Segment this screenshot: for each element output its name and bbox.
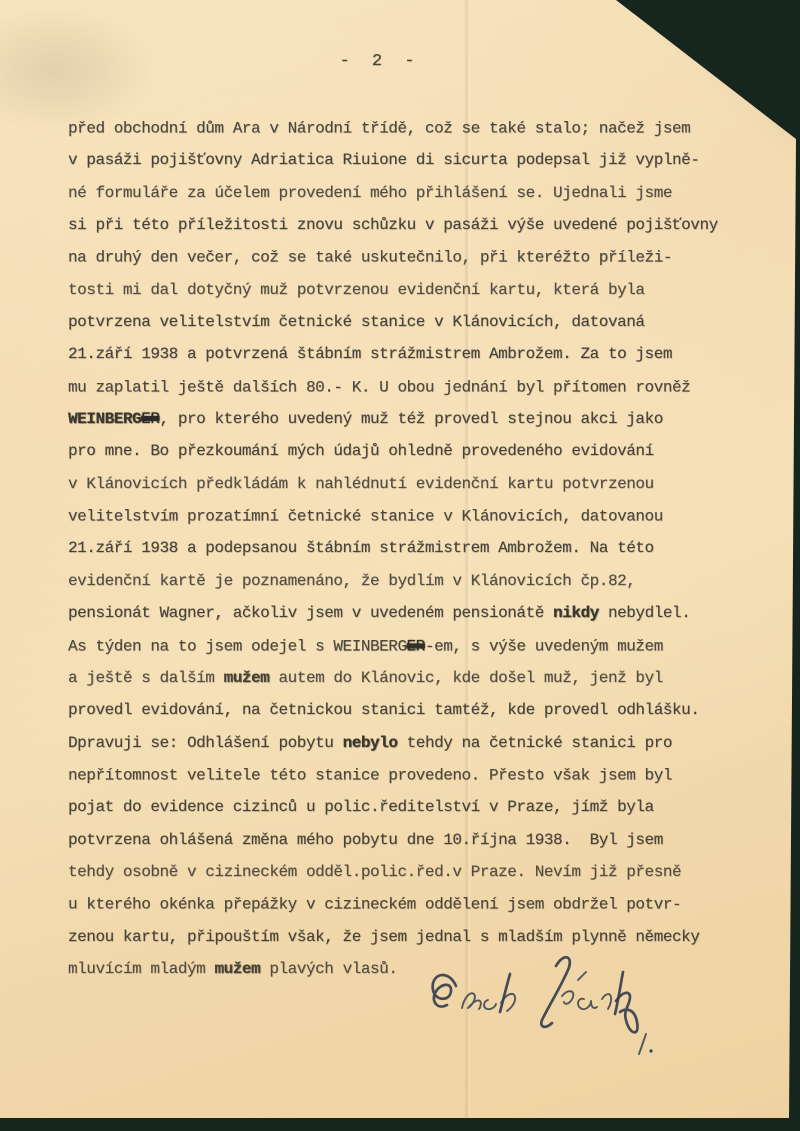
- signature-ink-icon: [418, 946, 678, 1071]
- text-segment: tehdy osobně v cizineckém odděl.polic.ře…: [68, 863, 681, 881]
- text-line: pro mne. Bo přezkoumání mých údajů ohled…: [68, 435, 758, 467]
- text-line: pensionát Wagner, ačkoliv jsem v uvedené…: [68, 597, 758, 629]
- text-segment: plavých vlasů.: [260, 960, 397, 978]
- text-line: potvrzena velitelstvím četnické stanice …: [68, 306, 758, 338]
- text-segment: velitelstvím prozatímní četnické stanice…: [68, 508, 663, 526]
- text-segment: , pro kterého uvedený muž též provedl st…: [160, 410, 663, 428]
- text-segment: nepřítomnost velitele této stanice prove…: [68, 766, 672, 784]
- text-segment: Dpravuji se: Odhlášení pobytu: [68, 734, 343, 752]
- text-line: nepřítomnost velitele této stanice prove…: [68, 759, 758, 791]
- text-segment: autem do Klánovic, kde došel muž, jenž b…: [269, 669, 663, 687]
- text-segment: zenou kartu, připouštím však, že jsem je…: [68, 928, 699, 946]
- text-segment: tehdy na četnické stanici pro: [397, 734, 672, 752]
- text-segment: na druhý den večer, což se také uskutečn…: [68, 249, 672, 267]
- text-line: v Klánovicích předkládám k nahlédnutí ev…: [68, 468, 758, 500]
- text-segment: nebydlel.: [599, 604, 691, 622]
- text-line: As týden na to jsem odejel s WEINBERGER-…: [68, 630, 758, 662]
- text-line: 21.září 1938 a potvrzená štábním strážmi…: [68, 338, 758, 370]
- text-line: si při této příležitosti znovu schůzku v…: [68, 209, 758, 241]
- text-segment: pensionát Wagner, ačkoliv jsem v uvedené…: [68, 604, 553, 622]
- text-line: provedl evidování, na četnickou stanici …: [68, 694, 758, 726]
- text-segment-heavy: WEINBERG: [68, 410, 141, 428]
- text-line: pojat do evidence cizinců u polic.ředite…: [68, 791, 758, 823]
- text-segment: evidenční kartě je poznamenáno, že bydlí…: [68, 572, 635, 590]
- text-line: tosti mi dal dotyčný muž potvrzenou evid…: [68, 274, 758, 306]
- text-line: a ještě s dalším mužem autem do Klánovic…: [68, 662, 758, 694]
- signature: [418, 946, 678, 1071]
- text-line: Dpravuji se: Odhlášení pobytu nebylo teh…: [68, 727, 758, 759]
- text-segment: pojat do evidence cizinců u polic.ředite…: [68, 798, 654, 816]
- text-segment-strike: ER: [141, 410, 159, 428]
- text-line: potvrzena ohlášená změna mého pobytu dne…: [68, 824, 758, 856]
- text-segment-strike: ER: [407, 637, 425, 655]
- text-segment: v Klánovicích předkládám k nahlédnutí ev…: [68, 475, 654, 493]
- text-segment: v pasáži pojišťovny Adriatica Riuione di…: [68, 151, 699, 169]
- text-segment-heavy: nikdy: [553, 604, 599, 622]
- text-line: velitelstvím prozatímní četnické stanice…: [68, 501, 758, 533]
- typewritten-text: před obchodní dům Ara v Národní třídě, c…: [68, 112, 758, 985]
- text-line: tehdy osobně v cizineckém odděl.polic.ře…: [68, 856, 758, 888]
- page-number: - 2 -: [330, 52, 430, 71]
- text-segment: mluvícím mladým: [68, 960, 214, 978]
- text-segment: 21.září 1938 a potvrzená štábním strážmi…: [68, 345, 672, 363]
- text-segment: 21.září 1938 a podepsanou štábním strážm…: [68, 539, 654, 557]
- text-segment: né formuláře za účelem provedení mého př…: [68, 184, 672, 202]
- text-line: né formuláře za účelem provedení mého př…: [68, 177, 758, 209]
- text-line: před obchodní dům Ara v Národní třídě, c…: [68, 113, 758, 145]
- text-segment-heavy: nebylo: [343, 734, 398, 752]
- text-segment: mu zaplatil ještě dalších 80.- K. U obou…: [68, 378, 690, 396]
- text-line: u kterého okénka přepážky v cizineckém o…: [68, 889, 758, 921]
- text-segment: potvrzena ohlášená změna mého pobytu dne…: [68, 831, 663, 849]
- text-line: mu zaplatil ještě dalších 80.- K. U obou…: [68, 371, 758, 403]
- text-line: WEINBERGER, pro kterého uvedený muž též …: [68, 403, 758, 435]
- text-segment: před obchodní dům Ara v Národní třídě, c…: [68, 120, 690, 138]
- text-segment: potvrzena velitelstvím četnické stanice …: [68, 313, 645, 331]
- text-segment: As týden na to jsem odejel s WEINBERG: [68, 637, 407, 655]
- text-line: 21.září 1938 a podepsanou štábním strážm…: [68, 532, 758, 564]
- text-segment: a ještě s dalším: [68, 669, 224, 687]
- document-page: - 2 - před obchodní dům Ara v Národní tř…: [0, 0, 800, 1131]
- text-segment-heavy: mužem: [224, 669, 270, 687]
- text-line: evidenční kartě je poznamenáno, že bydlí…: [68, 565, 758, 597]
- text-segment: tosti mi dal dotyčný muž potvrzenou evid…: [68, 281, 645, 299]
- text-line: v pasáži pojišťovny Adriatica Riuione di…: [68, 144, 758, 176]
- text-segment-heavy: mužem: [214, 960, 260, 978]
- text-segment: -em, s výše uvedeným mužem: [425, 637, 663, 655]
- text-segment: pro mne. Bo přezkoumání mých údajů ohled…: [68, 442, 654, 460]
- text-segment: u kterého okénka přepážky v cizineckém o…: [68, 896, 681, 914]
- text-line: na druhý den večer, což se také uskutečn…: [68, 242, 758, 274]
- text-segment: si při této příležitosti znovu schůzku v…: [68, 216, 718, 234]
- text-segment: provedl evidování, na četnickou stanici …: [68, 701, 699, 719]
